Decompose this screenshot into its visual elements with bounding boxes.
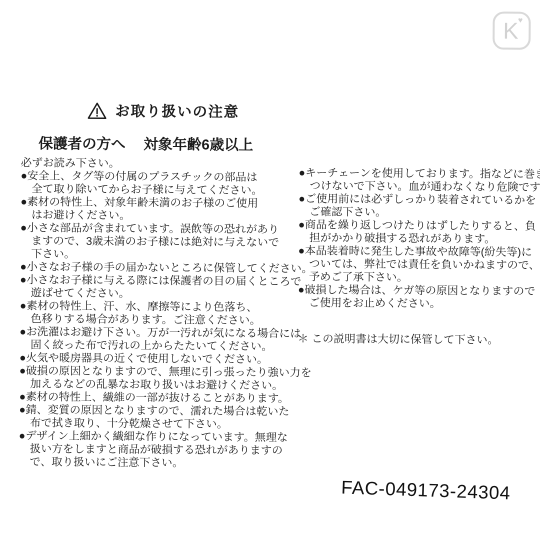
brand-letter: K xyxy=(495,14,529,48)
instruction-sheet: K ♥ お取り扱いの注意 保護者の方へ 対象年齢6歳以上 必ずお読み下さい。 ●… xyxy=(0,0,540,540)
target-age-label: 対象年齢6歳以上 xyxy=(144,133,254,155)
audience-label: 保護者の方へ xyxy=(39,132,126,154)
text-line: ご使用をお止めください。 xyxy=(298,297,534,312)
heart-icon: ♥ xyxy=(518,17,523,25)
page-title: お取り扱いの注意 xyxy=(115,100,239,122)
precautions-left-column: 必ずお読み下さい。 ●安全上、タグ等の付属のプラスチックの部品は全て取り除いてか… xyxy=(19,157,297,471)
audience-row: 保護者の方へ 対象年齢6歳以上 xyxy=(21,132,271,155)
section-title: お取り扱いの注意 xyxy=(38,99,288,122)
text-line: で、取り扱いにご注意下さい。 xyxy=(19,456,295,471)
precautions-right-column: ●キーチェーンを使用しております。指などに巻きつけないで下さい。血が通わなくなり… xyxy=(297,167,534,348)
keep-manual-note: ＊ この説明書は大切に保管して下さい。 xyxy=(297,333,533,348)
product-code: FAC-049173-24304 xyxy=(341,477,511,505)
left-column-lines: ●安全上、タグ等の付属のプラスチックの部品は全て取り除いてからお子様に与えてくだ… xyxy=(19,170,297,471)
right-column-lines: ●キーチェーンを使用しております。指などに巻きつけないで下さい。血が通わなくなり… xyxy=(298,167,535,312)
brand-watermark: K ♥ xyxy=(493,12,531,50)
warning-triangle-icon xyxy=(87,101,107,119)
